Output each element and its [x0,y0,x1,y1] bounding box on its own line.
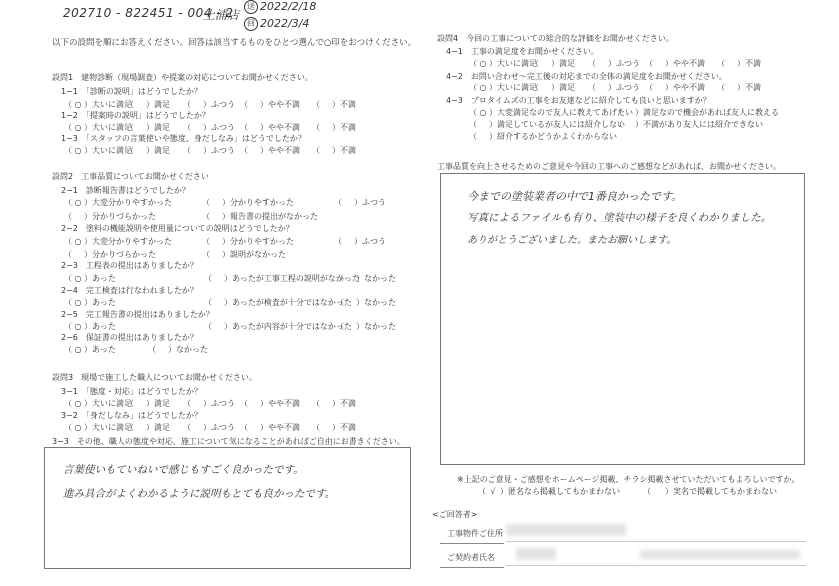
store-name: 土浦店 [203,6,239,23]
paren-close: ） [84,298,92,307]
paren-open: （ [588,59,596,68]
option-q2-3-2[interactable]: （）なかった [336,273,396,284]
option-q1-1-0[interactable]: （○）大いに満足 [64,99,132,110]
paren-open: （ [183,100,191,109]
feedback-line-1: 今までの塗装業者の中で1番良かったです。 [467,188,682,204]
option-q2-4-1[interactable]: （）あったが検査が十分ではなかった [204,297,352,308]
option-label: 不満 [340,100,356,109]
q2-question-2: 2−2 塗料の機能説明や使用量についての説明はどうでしたか？ [61,223,294,234]
option-q4-2-4[interactable]: （）不満 [717,82,761,93]
q3-free-label: 3−3 その他、職人の態度や対応、施工について気になることがあればご自由にお書き… [52,436,405,447]
q3-title: 設問3 現場で施工した職人についてお聞かせください。 [52,372,257,383]
check-mark-icon: √ [486,487,500,496]
option-label: やや不満 [673,59,705,68]
option-label: あったが内容が十分ではなかった [232,322,352,331]
selected-circle-icon: ○ [477,108,489,117]
paren-open: （ [469,59,477,68]
option-q4-2-1[interactable]: （）満足 [531,82,575,93]
option-label: 不満 [340,146,356,155]
option-q4-3-0[interactable]: （○）大変満足なので友人に教えてあげたい [469,107,633,118]
option-q1-1-3[interactable]: （）やや不満 [240,99,300,110]
option-label: 満足 [154,100,170,109]
paren-open: （ [202,198,210,207]
address-label: 工事物件ご住所 [447,528,503,539]
paren-open: （ [615,120,623,129]
feedback-line-3: ありがとうございました。またお願いします。 [467,231,676,246]
q2-title: 設問2 工事品質についてお聞かせください [52,171,209,182]
option-label: 紹介するかどうかよくわからない [497,132,617,141]
paren-close: ） [168,345,176,354]
paren-open: （ [64,212,72,221]
q1-question-2: 1−2 「提案時の説明」はどうでしたか？ [61,110,210,121]
q1-title: 設問1 建物診断（現場調査）や提案の対応についてお聞かせください。 [52,72,313,83]
paren-open: （ [202,212,210,221]
paren-close: ） [354,237,362,246]
option-label: 不満があり友人には紹介できない [643,120,763,129]
option-q2-2-4[interactable]: （）説明がなかった [202,249,286,260]
option-label: 満足 [559,83,575,92]
paren-open: （ [204,298,212,307]
paren-close: ） [84,250,92,259]
option-q4-3-4[interactable]: （）紹介するかどうかよくわからない [469,131,617,142]
option-label: 満足 [154,123,170,132]
option-label: やや不満 [268,123,300,132]
option-label: なかった [176,345,208,354]
paren-open: （ [183,146,191,155]
paren-close: ） [84,212,92,221]
paren-open: （ [240,423,248,432]
option-label: やや不満 [268,399,300,408]
paren-close: ） [146,100,154,109]
paren-close: ） [84,399,92,408]
paren-close: ） [489,120,497,129]
option-q3-1-4[interactable]: （）不満 [312,398,356,409]
option-q2-2-0[interactable]: （○）大変分かりやすかった [64,236,172,247]
option-label: 満足 [154,146,170,155]
option-label: 不満 [340,123,356,132]
q1-question-1: 1−1 「診断の説明」はどうでしたか？ [61,86,202,97]
option-q1-2-3[interactable]: （）やや不満 [240,122,300,133]
option-q4-1-0[interactable]: （○）大いに満足 [469,58,537,69]
q3-free-line-1: 言葉使いもていねいで感じもすごく良かったです。 [63,462,304,477]
option-q2-5-2[interactable]: （）なかった [336,321,396,332]
option-q4-2-0[interactable]: （○）大いに満足 [469,82,537,93]
paren-open: （ [240,399,248,408]
respondent-heading: <ご回答者> [432,509,477,520]
address-redacted [506,524,626,536]
option-label: ふつう [362,237,386,246]
selected-circle-icon: ○ [477,83,489,92]
option-q4-3-2[interactable]: （）満足しているが友人には紹介しない [469,119,625,130]
option-q4-1-2[interactable]: （）ふつう [588,58,640,69]
paren-close: ） [84,274,92,283]
q2-question-4: 2−4 完工検査は行なわれましたか？ [61,285,198,296]
feedback-label: 工事品質を向上させるためのご意見や今回の工事へのご感想などがあれば、お聞かせくだ… [437,161,781,172]
paren-open: （ [148,345,156,354]
paren-close: ） [222,237,230,246]
paren-open: （ [204,274,212,283]
paren-close: ） [332,423,340,432]
option-label: 不満 [745,59,761,68]
paren-open: （ [64,298,72,307]
option-q2-3-0[interactable]: （○）あった [64,273,116,284]
paren-open: （ [126,399,134,408]
paren-close: ） [260,146,268,155]
paren-open: （ [645,83,653,92]
option-q1-3-2[interactable]: （）ふつう [183,145,235,156]
publish-option-realname[interactable]: （）実名で掲載してもかまわない [643,486,777,497]
option-label: 満足 [154,399,170,408]
paren-open: （ [469,83,477,92]
option-q4-3-3[interactable]: （）不満があり友人には紹介できない [615,119,763,130]
option-q2-1-3[interactable]: （）分かりづらかった [64,211,156,222]
paren-open: （ [126,123,134,132]
paren-close: ） [146,423,154,432]
option-q3-2-3[interactable]: （）やや不満 [240,422,300,433]
option-label: 満足 [154,423,170,432]
option-label: 満足 [559,59,575,68]
option-label: 不満 [340,423,356,432]
paren-open: （ [312,100,320,109]
option-q2-1-0[interactable]: （○）大変分かりやすかった [64,197,172,208]
paren-open: （ [64,100,72,109]
option-label: やや不満 [268,100,300,109]
paren-close: ） [146,146,154,155]
paren-close: ） [737,59,745,68]
paren-open: （ [531,59,539,68]
option-q4-2-3[interactable]: （）やや不満 [645,82,705,93]
sent-stamp-icon: 送 [244,0,258,14]
paren-close: ） [260,423,268,432]
paren-close: ） [356,322,364,331]
paren-open: （ [204,322,212,331]
option-q3-2-0[interactable]: （○）大いに満足 [64,422,132,433]
option-q2-1-4[interactable]: （）報告書の提出がなかった [202,211,318,222]
paren-close: ） [489,83,497,92]
paren-close: ） [84,100,92,109]
option-q4-2-2[interactable]: （）ふつう [588,82,640,93]
paren-open: （ [64,399,72,408]
paren-open: （ [469,120,477,129]
option-label: ふつう [211,123,235,132]
option-label: あった [92,322,116,331]
paren-open: （ [336,274,344,283]
option-q2-2-2[interactable]: （）ふつう [334,236,386,247]
paren-open: （ [240,100,248,109]
paren-open: （ [469,132,477,141]
paren-open: （ [202,250,210,259]
option-q1-3-3[interactable]: （）やや不満 [240,145,300,156]
paren-close: ） [203,146,211,155]
option-q2-5-1[interactable]: （）あったが内容が十分ではなかった [204,321,352,332]
paren-close: ） [356,274,364,283]
option-label: 不満 [340,399,356,408]
paren-open: （ [126,146,134,155]
option-label: 説明がなかった [230,250,286,259]
paren-close: ） [224,298,232,307]
paren-open: （ [240,123,248,132]
option-label: ふつう [211,146,235,155]
paren-close: ） [332,146,340,155]
paren-close: ） [146,123,154,132]
paren-open: （ [312,146,320,155]
option-label: ふつう [616,83,640,92]
paren-open: （ [64,322,72,331]
option-label: ふつう [362,198,386,207]
option-q2-2-1[interactable]: （）分かりやすかった [202,236,294,247]
option-q2-2-3[interactable]: （）分かりづらかった [64,249,156,260]
paren-close: ） [203,123,211,132]
option-q4-1-1[interactable]: （）満足 [531,58,575,69]
option-q2-5-0[interactable]: （○）あった [64,321,116,332]
option-q3-2-1[interactable]: （）満足 [126,422,170,433]
option-label: 満足しているが友人には紹介しない [497,120,625,129]
paren-open: （ [202,237,210,246]
option-label: やや不満 [268,146,300,155]
q4-question-3: 4−3 プロタイムズの工事をお友達などに紹介しても良いと思いますか？ [446,95,711,106]
option-label: 分かりづらかった [92,250,156,259]
paren-open: （ [64,423,72,432]
option-label: 大変分かりやすかった [92,198,172,207]
selected-circle-icon: ○ [72,198,84,207]
paren-open: （ [334,198,342,207]
paren-close: ） [608,83,616,92]
option-label: あった [92,274,116,283]
paren-open: （ [717,83,725,92]
publish-question: ※上記のご意見・ご感想をホームページ掲載、チラシ掲載させていただいてもよろしいで… [457,474,800,485]
paren-close: ） [84,345,92,354]
selected-circle-icon: ○ [477,59,489,68]
paren-close: ） [203,100,211,109]
selected-circle-icon: ○ [72,123,84,132]
option-label: あったが検査が十分ではなかった [232,298,352,307]
paren-close: ） [84,322,92,331]
option-label: 大変分かりやすかった [92,237,172,246]
paren-open: （ [615,108,623,117]
paren-close: ） [356,298,364,307]
option-q4-1-4[interactable]: （）不満 [717,58,761,69]
option-q1-3-4[interactable]: （）不満 [312,145,356,156]
q1-question-3: 1−3 「スタッフの言葉使いや態度、身だしなみ」はどうでしたか？ [61,133,306,144]
option-label: やや不満 [673,83,705,92]
option-q1-2-4[interactable]: （）不満 [312,122,356,133]
paren-close: ） [665,59,673,68]
option-q2-1-2[interactable]: （）ふつう [334,197,386,208]
paren-close: ） [260,100,268,109]
option-q2-1-1[interactable]: （）分かりやすかった [202,197,294,208]
option-q1-1-2[interactable]: （）ふつう [183,99,235,110]
option-q3-1-0[interactable]: （○）大いに満足 [64,398,132,409]
option-label: ふつう [211,399,235,408]
paren-close: ） [224,322,232,331]
paren-close: ） [489,59,497,68]
paren-open: （ [469,108,477,117]
paren-open: （ [183,123,191,132]
paren-close: ） [222,198,230,207]
option-label: なかった [364,322,396,331]
option-q3-1-1[interactable]: （）満足 [126,398,170,409]
return-stamp-icon: 回 [244,17,258,31]
selected-circle-icon: ○ [72,274,84,283]
feedback-box[interactable]: 今までの塗装業者の中で1番良かったです。 写真によるファイルも有り、塗装中の様子… [440,173,805,465]
paren-close: ） [146,399,154,408]
option-q1-1-1[interactable]: （）満足 [126,99,170,110]
option-label: あった [92,298,116,307]
paren-close: ） [354,198,362,207]
option-q3-1-3[interactable]: （）やや不満 [240,398,300,409]
option-label: なかった [364,298,396,307]
paren-close: ） [737,83,745,92]
paren-close: ） [224,274,232,283]
paren-open: （ [64,198,72,207]
paren-close: ） [489,108,497,117]
option-label: あった [92,345,116,354]
option-label: 報告書の提出がなかった [230,212,318,221]
option-label: ふつう [616,59,640,68]
paren-open: （ [312,399,320,408]
q4-question-1: 4−1 工事の満足度をお聞かせください。 [446,46,599,57]
paren-close: ） [332,123,340,132]
option-q4-3-1[interactable]: （）満足なので機会があれば友人に教える [615,107,779,118]
q4-question-2: 4−2 お問い合わせ〜完工後の対応までの全体の満足度をお聞かせください。 [446,71,727,82]
option-label: 分かりづらかった [92,212,156,221]
q2-question-1: 2−1 診断報告書はどうでしたか？ [61,185,190,196]
paren-close: ） [84,237,92,246]
option-q1-2-1[interactable]: （）満足 [126,122,170,133]
paren-open: （ [334,237,342,246]
option-label: やや不満 [268,423,300,432]
paren-close: ） [635,108,643,117]
paren-close: ） [608,59,616,68]
paren-close: ） [203,399,211,408]
paren-open: （ [126,100,134,109]
option-q2-6-0[interactable]: （○）あった [64,344,116,355]
option-q2-4-2[interactable]: （）なかった [336,297,396,308]
paren-close: ） [551,59,559,68]
option-q1-2-0[interactable]: （○）大いに満足 [64,122,132,133]
contractor-name-redacted [516,548,556,560]
option-q1-2-2[interactable]: （）ふつう [183,122,235,133]
option-q1-3-1[interactable]: （）満足 [126,145,170,156]
option-q2-4-0[interactable]: （○）あった [64,297,116,308]
paren-open: （ [531,83,539,92]
q3-question-2: 3−2 「身だしなみ」はどうでしたか？ [61,410,202,421]
option-label: 満足なので機会があれば友人に教える [643,108,779,117]
option-q3-2-2[interactable]: （）ふつう [183,422,235,433]
paren-close: ） [332,399,340,408]
paren-open: （ [645,59,653,68]
paren-close: ） [222,212,230,221]
paren-open: （ [64,345,72,354]
paren-open: （ [312,123,320,132]
selected-circle-icon: ○ [72,146,84,155]
paren-open: （ [312,423,320,432]
paren-open: （ [336,322,344,331]
paren-open: （ [336,298,344,307]
selected-circle-icon: ○ [72,100,84,109]
paren-close: ） [332,100,340,109]
sent-date: 送2022/2/18 [244,0,316,14]
paren-open: （ [588,83,596,92]
paren-close: ） [84,423,92,432]
q3-free-box[interactable]: 言葉使いもていねいで感じもすごく良かったです。 進み具合がよくわかるように説明も… [44,447,411,569]
paren-open: （ [64,237,72,246]
q2-question-5: 2−5 完工報告書の提出はありましたか？ [61,309,214,320]
selected-circle-icon: ○ [72,237,84,246]
paren-open: （ [64,146,72,155]
paren-close: ） [84,146,92,155]
paren-open: （ [183,399,191,408]
paren-open: （ [240,146,248,155]
paren-close: ） [203,423,211,432]
option-label: 分かりやすかった [230,198,294,207]
selected-circle-icon: ○ [72,399,84,408]
selected-circle-icon: ○ [72,322,84,331]
paren-close: ） [260,399,268,408]
paren-open: （ [717,59,725,68]
option-label: 分かりやすかった [230,237,294,246]
option-q3-2-4[interactable]: （）不満 [312,422,356,433]
paren-close: ） [665,83,673,92]
paren-close: ） [84,123,92,132]
paren-close: ） [551,83,559,92]
selected-circle-icon: ○ [72,423,84,432]
feedback-line-2: 写真によるファイルも有り、塗装中の様子を良くわかりました。 [467,210,771,225]
q2-question-3: 2−3 工程表の提出はありましたか？ [61,260,198,271]
contractor-phone-redacted [640,550,800,559]
option-label: 大変満足なので友人に教えてあげたい [497,108,633,117]
option-label: なかった [364,274,396,283]
paren-open: （ [64,250,72,259]
option-label: ふつう [211,423,235,432]
q3-question-1: 3−1 「態度・対応」はどうでしたか？ [61,386,202,397]
q2-question-6: 2−6 保証書の提出はありましたか？ [61,332,198,343]
selected-circle-icon: ○ [72,298,84,307]
paren-open: （ [64,274,72,283]
paren-close: ） [260,123,268,132]
contractor-name-label: ご契約者氏名 [447,552,495,563]
paren-open: （ [64,123,72,132]
option-label: 不満 [745,83,761,92]
option-q3-1-2[interactable]: （）ふつう [183,398,235,409]
option-q4-1-3[interactable]: （）やや不満 [645,58,705,69]
q3-free-line-2: 進み具合がよくわかるように説明もとても良かったです。 [63,486,335,501]
return-date: 回2022/3/4 [244,17,309,31]
q4-title: 設問4 今回の工事についての総合的な評価をお聞かせください。 [437,33,674,44]
option-q1-3-0[interactable]: （○）大いに満足 [64,145,132,156]
paren-close: ） [489,132,497,141]
selected-circle-icon: ○ [72,345,84,354]
intro-text: 以下の設問を順にお答えください。回答は該当するものをひとつ選んで○印をおつけくだ… [52,36,416,48]
publish-option-anonymous[interactable]: （√）匿名なら掲載してもかまわない [478,486,620,497]
option-q2-6-1[interactable]: （）なかった [148,344,208,355]
option-q1-1-4[interactable]: （）不満 [312,99,356,110]
paren-close: ） [84,198,92,207]
paren-close: ） [635,120,643,129]
paren-close: ） [222,250,230,259]
paren-open: （ [183,423,191,432]
option-label: ふつう [211,100,235,109]
paren-open: （ [126,423,134,432]
